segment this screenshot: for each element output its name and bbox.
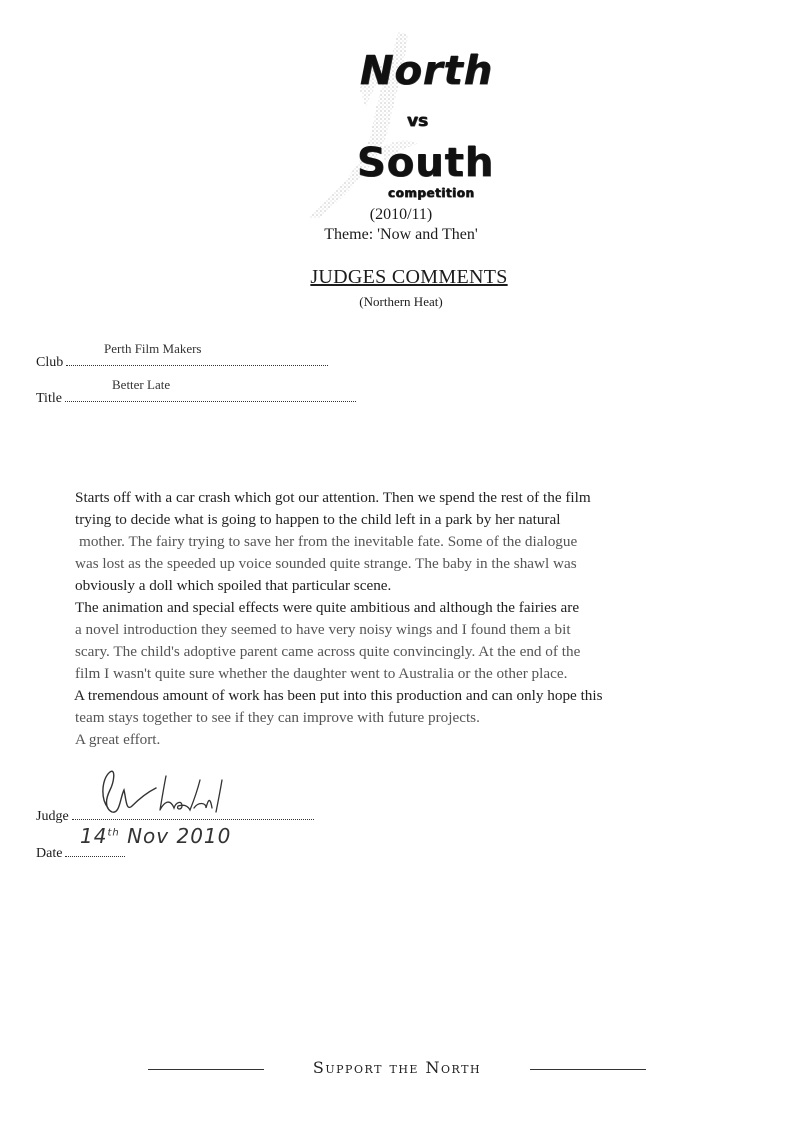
date-label: Date [36,846,62,862]
logo-vs-text: vs [407,111,428,131]
comment-line: The animation and special effects were q… [75,597,745,619]
comment-line: obviously a doll which spoiled that part… [75,575,745,597]
footer-banner: Support the North [148,1058,646,1082]
judge-dotted-line [72,816,314,820]
logo-competition-text: competition [388,186,475,200]
comment-line: A tremendous amount of work has been put… [74,685,745,707]
comment-line: was lost as the speeded up voice sounded… [75,553,745,575]
footer-slogan: Support the North [268,1058,526,1077]
club-value: Perth Film Makers [104,341,202,357]
club-label: Club [36,355,63,371]
judge-field: Judge [36,809,314,825]
comment-line: a novel introduction they seemed to have… [75,619,745,641]
title-label: Title [36,391,62,407]
date-handwritten-value: 14th Nov 2010 [80,824,231,848]
date-field: Date [36,846,125,862]
club-field: Club Perth Film Makers [36,355,328,371]
judges-comments: Starts off with a car crash which got ou… [75,487,745,751]
comment-line: A great effort. [75,729,745,751]
title-field: Title Better Late [36,391,356,407]
comment-line: trying to decide what is going to happen… [75,509,745,531]
comment-line: team stays together to see if they can i… [75,707,745,729]
comment-line: Starts off with a car crash which got ou… [75,487,745,509]
date-dotted-line [65,853,125,857]
logo-north-text: North [360,48,493,94]
judge-label: Judge [36,809,69,825]
competition-year: (2010/11) [4,206,794,224]
comment-line: film I wasn't quite sure whether the dau… [75,663,745,685]
comment-line: scary. The child's adoptive parent came … [75,641,745,663]
page-title: JUDGES COMMENTS [12,266,794,289]
title-dotted-line [65,398,356,402]
club-dotted-line [66,362,328,366]
title-value: Better Late [112,377,170,393]
logo-south-text: South [357,140,494,186]
competition-logo: North vs South competition [300,30,520,220]
comment-line: mother. The fairy trying to save her fro… [75,531,745,553]
page-subtitle: (Northern Heat) [4,294,794,310]
footer-rule-right [530,1069,646,1070]
competition-theme: Theme: 'Now and Then' [4,226,794,244]
footer-rule-left [148,1069,264,1070]
